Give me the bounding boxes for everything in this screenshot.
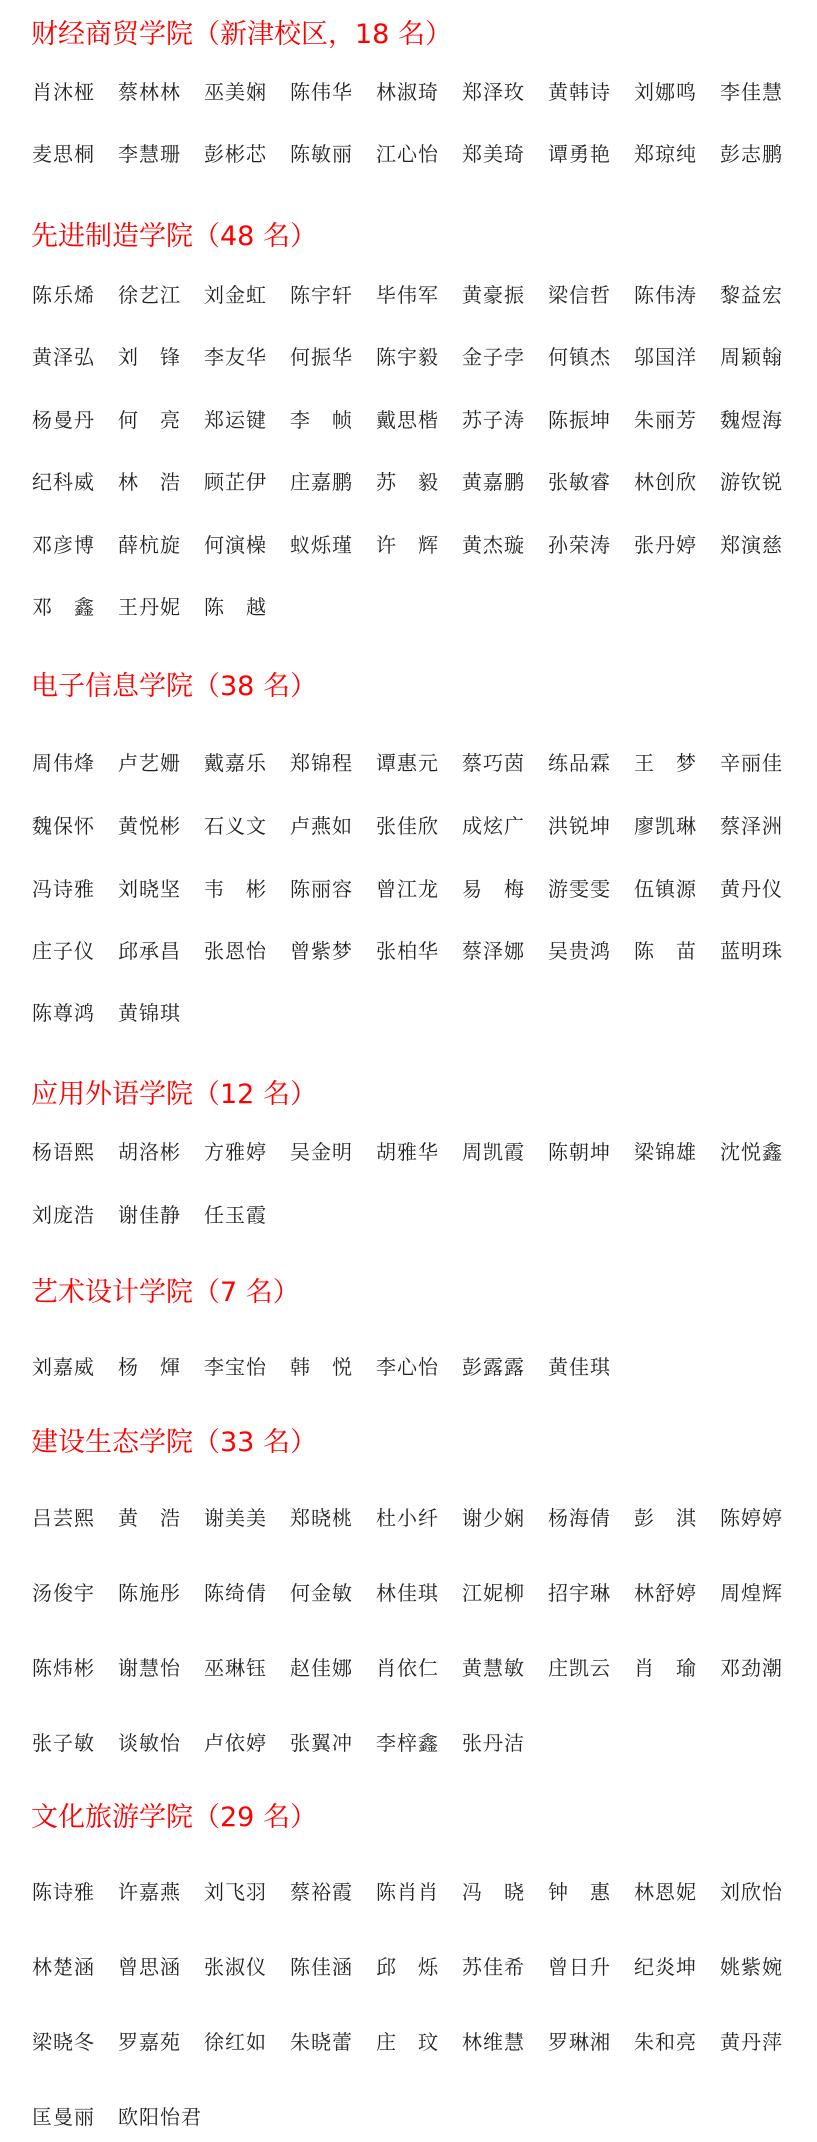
student-name: 戴嘉乐 — [204, 748, 270, 778]
student-name: 杨曼丹 — [32, 405, 98, 435]
student-name: 孙荣涛 — [548, 530, 614, 560]
student-name: 刘娜鸣 — [634, 77, 700, 107]
student-name: 许嘉燕 — [118, 1877, 184, 1907]
college-heading: 应用外语学院（12 名） — [31, 1078, 317, 1112]
student-name: 蔡泽洲 — [720, 811, 786, 841]
student-name: 肖 瑜 — [634, 1653, 700, 1683]
student-name: 杨海倩 — [548, 1503, 614, 1533]
student-name: 江心怡 — [376, 139, 442, 169]
student-name: 谢少娴 — [462, 1503, 528, 1533]
student-name: 洪锐坤 — [548, 811, 614, 841]
student-name: 杜小纤 — [376, 1503, 442, 1533]
name-row: 庄子仪邱承昌张恩怡曾紫梦张柏华蔡泽娜吴贵鸿陈 苗蓝明珠 — [32, 936, 812, 966]
student-name: 陈炜彬 — [32, 1653, 98, 1683]
name-row: 陈乐烯徐艺江刘金虹陈宇轩毕伟军黄豪振梁信哲陈伟涛黎益宏 — [32, 280, 812, 310]
student-name: 朱丽芳 — [634, 405, 700, 435]
student-name: 卢依婷 — [204, 1728, 270, 1758]
name-row: 邓彦博薛杭旋何演橾蚁烁瑾许 辉黄杰璇孙荣涛张丹婷郑演慈 — [32, 530, 812, 560]
student-name: 石义文 — [204, 811, 270, 841]
student-name: 黄泽弘 — [32, 342, 98, 372]
name-row: 匡曼丽欧阳怡君 — [32, 2102, 812, 2132]
student-name: 张翼冲 — [290, 1728, 356, 1758]
student-name: 邓 鑫 — [32, 592, 98, 622]
student-name: 谭勇艳 — [548, 139, 614, 169]
student-name: 郑演慈 — [720, 530, 786, 560]
student-name: 林楚涵 — [32, 1952, 98, 1982]
student-name: 陈诗雅 — [32, 1877, 98, 1907]
student-name: 游钦锐 — [720, 467, 786, 497]
student-name: 李心怡 — [376, 1352, 442, 1382]
student-name: 钟 惠 — [548, 1877, 614, 1907]
student-name: 刘庞浩 — [32, 1200, 98, 1230]
student-name: 徐艺江 — [118, 280, 184, 310]
student-name: 刘欣怡 — [720, 1877, 786, 1907]
student-name: 谢佳静 — [118, 1200, 184, 1230]
student-name: 徐红如 — [204, 2027, 270, 2057]
college-heading: 建设生态学院（33 名） — [31, 1426, 317, 1460]
student-name: 彭志鹏 — [720, 139, 786, 169]
student-name: 任玉霞 — [204, 1200, 270, 1230]
student-name: 张淑仪 — [204, 1952, 270, 1982]
student-name: 谢慧怡 — [118, 1653, 184, 1683]
student-name: 杨 煇 — [118, 1352, 184, 1382]
college-heading: 艺术设计学院（7 名） — [31, 1276, 300, 1310]
student-name: 李友华 — [204, 342, 270, 372]
student-name: 黄慧敏 — [462, 1653, 528, 1683]
student-name: 曾日升 — [548, 1952, 614, 1982]
student-name: 方雅婷 — [204, 1137, 270, 1167]
name-row: 杨曼丹何 亮郑运键李 帧戴思楷苏子涛陈振坤朱丽芳魏煜海 — [32, 405, 812, 435]
student-name: 庄子仪 — [32, 936, 98, 966]
student-name: 陈佳涵 — [290, 1952, 356, 1982]
student-name: 纪炎坤 — [634, 1952, 700, 1982]
student-name: 梁晓冬 — [32, 2027, 98, 2057]
student-name: 招宇琳 — [548, 1578, 614, 1608]
student-name: 陈 越 — [204, 592, 270, 622]
student-name: 易 梅 — [462, 874, 528, 904]
name-row: 汤俊宇陈施彤陈绮倩何金敏林佳琪江妮柳招宇琳林舒婷周煌辉 — [32, 1578, 812, 1608]
student-name: 黄杰璇 — [462, 530, 528, 560]
student-name: 陈伟涛 — [634, 280, 700, 310]
name-row: 黄泽弘刘 锋李友华何振华陈宇毅金子孛何镇杰邬国洋周颖翰 — [32, 342, 812, 372]
student-name: 邓劲潮 — [720, 1653, 786, 1683]
student-name: 陈施彤 — [118, 1578, 184, 1608]
student-name: 黎益宏 — [720, 280, 786, 310]
student-name: 廖凯琳 — [634, 811, 700, 841]
student-name: 罗嘉苑 — [118, 2027, 184, 2057]
student-name: 朱晓蕾 — [290, 2027, 356, 2057]
student-name: 曾紫梦 — [290, 936, 356, 966]
name-row: 麦思桐李慧珊彭彬芯陈敏丽江心怡郑美琦谭勇艳郑琼纯彭志鹏 — [32, 139, 812, 169]
student-name: 蔡林林 — [118, 77, 184, 107]
student-name: 张佳欣 — [376, 811, 442, 841]
student-name: 张丹婷 — [634, 530, 700, 560]
student-name: 林维慧 — [462, 2027, 528, 2057]
student-name: 陈乐烯 — [32, 280, 98, 310]
student-name: 冯 晓 — [462, 1877, 528, 1907]
student-name: 金子孛 — [462, 342, 528, 372]
student-name: 陈宇毅 — [376, 342, 442, 372]
student-name: 林舒婷 — [634, 1578, 700, 1608]
college-heading: 文化旅游学院（29 名） — [31, 1801, 317, 1835]
student-name: 伍镇源 — [634, 874, 700, 904]
student-name: 吴贵鸿 — [548, 936, 614, 966]
student-name: 刘嘉威 — [32, 1352, 98, 1382]
student-name: 曾江龙 — [376, 874, 442, 904]
student-name: 陈 苗 — [634, 936, 700, 966]
student-name: 蔡巧茵 — [462, 748, 528, 778]
student-name: 朱和亮 — [634, 2027, 700, 2057]
student-name: 蔡裕霞 — [290, 1877, 356, 1907]
student-name: 李佳慧 — [720, 77, 786, 107]
name-row: 陈炜彬谢慧怡巫琳钰赵佳娜肖依仁黄慧敏庄凯云肖 瑜邓劲潮 — [32, 1653, 812, 1683]
student-name: 姚紫婉 — [720, 1952, 786, 1982]
student-name: 郑运键 — [204, 405, 270, 435]
student-name: 匡曼丽 — [32, 2102, 98, 2132]
student-name: 林 浩 — [118, 467, 184, 497]
student-name: 欧阳怡君 — [118, 2102, 184, 2132]
student-name: 陈宇轩 — [290, 280, 356, 310]
student-name: 梁信哲 — [548, 280, 614, 310]
student-name: 戴思楷 — [376, 405, 442, 435]
student-name: 谢美美 — [204, 1503, 270, 1533]
student-name: 庄凯云 — [548, 1653, 614, 1683]
student-name: 黄韩诗 — [548, 77, 614, 107]
student-name: 何 亮 — [118, 405, 184, 435]
student-name: 李宝怡 — [204, 1352, 270, 1382]
student-name: 江妮柳 — [462, 1578, 528, 1608]
student-name: 罗琳湘 — [548, 2027, 614, 2057]
student-name: 李 帧 — [290, 405, 356, 435]
student-name: 曾思涵 — [118, 1952, 184, 1982]
student-name: 张丹洁 — [462, 1728, 528, 1758]
student-name: 王丹妮 — [118, 592, 184, 622]
student-name: 卢燕如 — [290, 811, 356, 841]
student-name: 林淑琦 — [376, 77, 442, 107]
student-name: 刘飞羽 — [204, 1877, 270, 1907]
student-name: 顾芷伊 — [204, 467, 270, 497]
student-name: 黄豪振 — [462, 280, 528, 310]
name-row: 纪科威林 浩顾芷伊庄嘉鹏苏 毅黄嘉鹏张敏睿林创欣游钦锐 — [32, 467, 812, 497]
name-row: 张子敏谈敏怡卢依婷张翼冲李梓鑫张丹洁 — [32, 1728, 812, 1758]
student-name: 陈振坤 — [548, 405, 614, 435]
student-name: 蔡泽娜 — [462, 936, 528, 966]
student-name: 练品霖 — [548, 748, 614, 778]
student-name: 苏 毅 — [376, 467, 442, 497]
student-name: 林恩妮 — [634, 1877, 700, 1907]
student-name: 肖沐桠 — [32, 77, 98, 107]
student-name: 陈伟华 — [290, 77, 356, 107]
student-name: 麦思桐 — [32, 139, 98, 169]
student-name: 魏煜海 — [720, 405, 786, 435]
student-name: 吕芸熙 — [32, 1503, 98, 1533]
student-name: 沈悦鑫 — [720, 1137, 786, 1167]
name-row: 周伟烽卢艺姗戴嘉乐郑锦程谭惠元蔡巧茵练品霖王 梦辛丽佳 — [32, 748, 812, 778]
student-name: 黄丹萍 — [720, 2027, 786, 2057]
college-heading: 电子信息学院（38 名） — [31, 670, 317, 704]
student-name: 赵佳娜 — [290, 1653, 356, 1683]
student-name: 刘金虹 — [204, 280, 270, 310]
student-name: 郑美琦 — [462, 139, 528, 169]
student-name: 周伟烽 — [32, 748, 98, 778]
name-row: 刘庞浩谢佳静任玉霞 — [32, 1200, 812, 1230]
student-name: 陈绮倩 — [204, 1578, 270, 1608]
student-name: 邱承昌 — [118, 936, 184, 966]
name-row: 魏保怀黄悦彬石义文卢燕如张佳欣成炫广洪锐坤廖凯琳蔡泽洲 — [32, 811, 812, 841]
student-name: 何金敏 — [290, 1578, 356, 1608]
student-name: 庄 玟 — [376, 2027, 442, 2057]
name-row: 肖沐桠蔡林林巫美娴陈伟华林淑琦郑泽玫黄韩诗刘娜鸣李佳慧 — [32, 77, 812, 107]
student-name: 薛杭旋 — [118, 530, 184, 560]
student-name: 张柏华 — [376, 936, 442, 966]
student-name: 卢艺姗 — [118, 748, 184, 778]
student-name: 林创欣 — [634, 467, 700, 497]
student-name: 刘晓坚 — [118, 874, 184, 904]
student-name: 陈丽容 — [290, 874, 356, 904]
student-name: 韩 悦 — [290, 1352, 356, 1382]
name-row: 吕芸熙黄 浩谢美美郑晓桃杜小纤谢少娴杨海倩彭 淇陈婷婷 — [32, 1503, 812, 1533]
student-name: 郑琼纯 — [634, 139, 700, 169]
student-name: 陈肖肖 — [376, 1877, 442, 1907]
student-name: 邱 烁 — [376, 1952, 442, 1982]
student-name: 胡洛彬 — [118, 1137, 184, 1167]
college-heading: 先进制造学院（48 名） — [31, 220, 317, 254]
student-name: 刘 锋 — [118, 342, 184, 372]
student-name: 陈婷婷 — [720, 1503, 786, 1533]
student-name: 黄丹仪 — [720, 874, 786, 904]
student-name: 韦 彬 — [204, 874, 270, 904]
name-row: 冯诗雅刘晓坚韦 彬陈丽容曾江龙易 梅游雯雯伍镇源黄丹仪 — [32, 874, 812, 904]
student-name: 李慧珊 — [118, 139, 184, 169]
student-name: 巫美娴 — [204, 77, 270, 107]
student-name: 邬国洋 — [634, 342, 700, 372]
student-name: 黄佳琪 — [548, 1352, 614, 1382]
student-name: 谈敏怡 — [118, 1728, 184, 1758]
student-name: 成炫广 — [462, 811, 528, 841]
student-name: 蓝明珠 — [720, 936, 786, 966]
student-name: 李梓鑫 — [376, 1728, 442, 1758]
student-name: 何演橾 — [204, 530, 270, 560]
student-name: 陈敏丽 — [290, 139, 356, 169]
student-name: 纪科威 — [32, 467, 98, 497]
student-name: 辛丽佳 — [720, 748, 786, 778]
student-name: 郑锦程 — [290, 748, 356, 778]
student-name: 黄悦彬 — [118, 811, 184, 841]
name-row: 梁晓冬罗嘉苑徐红如朱晓蕾庄 玟林维慧罗琳湘朱和亮黄丹萍 — [32, 2027, 812, 2057]
student-name: 周凯霞 — [462, 1137, 528, 1167]
student-name: 毕伟军 — [376, 280, 442, 310]
student-name: 彭露露 — [462, 1352, 528, 1382]
student-name: 张敏睿 — [548, 467, 614, 497]
student-name: 黄嘉鹏 — [462, 467, 528, 497]
student-name: 彭彬芯 — [204, 139, 270, 169]
student-name: 蚁烁瑾 — [290, 530, 356, 560]
student-name: 陈尊鸿 — [32, 998, 98, 1028]
student-name: 彭 淇 — [634, 1503, 700, 1533]
name-row: 陈诗雅许嘉燕刘飞羽蔡裕霞陈肖肖冯 晓钟 惠林恩妮刘欣怡 — [32, 1877, 812, 1907]
student-name: 胡雅华 — [376, 1137, 442, 1167]
student-name: 张恩怡 — [204, 936, 270, 966]
student-name: 黄锦琪 — [118, 998, 184, 1028]
student-name: 何镇杰 — [548, 342, 614, 372]
student-name: 巫琳钰 — [204, 1653, 270, 1683]
name-row: 林楚涵曾思涵张淑仪陈佳涵邱 烁苏佳希曾日升纪炎坤姚紫婉 — [32, 1952, 812, 1982]
student-name: 何振华 — [290, 342, 356, 372]
student-name: 魏保怀 — [32, 811, 98, 841]
student-name: 吴金明 — [290, 1137, 356, 1167]
student-name: 王 梦 — [634, 748, 700, 778]
student-name: 游雯雯 — [548, 874, 614, 904]
student-name: 梁锦雄 — [634, 1137, 700, 1167]
student-name: 陈朝坤 — [548, 1137, 614, 1167]
student-name: 黄 浩 — [118, 1503, 184, 1533]
student-name: 许 辉 — [376, 530, 442, 560]
student-name: 郑晓桃 — [290, 1503, 356, 1533]
student-name: 郑泽玫 — [462, 77, 528, 107]
student-name: 周煌辉 — [720, 1578, 786, 1608]
student-name: 肖依仁 — [376, 1653, 442, 1683]
name-row: 邓 鑫王丹妮陈 越 — [32, 592, 812, 622]
student-name: 冯诗雅 — [32, 874, 98, 904]
name-row: 刘嘉威杨 煇李宝怡韩 悦李心怡彭露露黄佳琪 — [32, 1352, 812, 1382]
name-row: 陈尊鸿黄锦琪 — [32, 998, 812, 1028]
student-name: 庄嘉鹏 — [290, 467, 356, 497]
student-name: 苏佳希 — [462, 1952, 528, 1982]
student-name: 谭惠元 — [376, 748, 442, 778]
student-name: 杨语熙 — [32, 1137, 98, 1167]
student-name: 邓彦博 — [32, 530, 98, 560]
student-name: 汤俊宇 — [32, 1578, 98, 1608]
student-name: 周颖翰 — [720, 342, 786, 372]
student-name: 张子敏 — [32, 1728, 98, 1758]
college-heading: 财经商贸学院（新津校区，18 名） — [31, 18, 452, 52]
student-name: 苏子涛 — [462, 405, 528, 435]
name-row: 杨语熙胡洛彬方雅婷吴金明胡雅华周凯霞陈朝坤梁锦雄沈悦鑫 — [32, 1137, 812, 1167]
student-name: 林佳琪 — [376, 1578, 442, 1608]
